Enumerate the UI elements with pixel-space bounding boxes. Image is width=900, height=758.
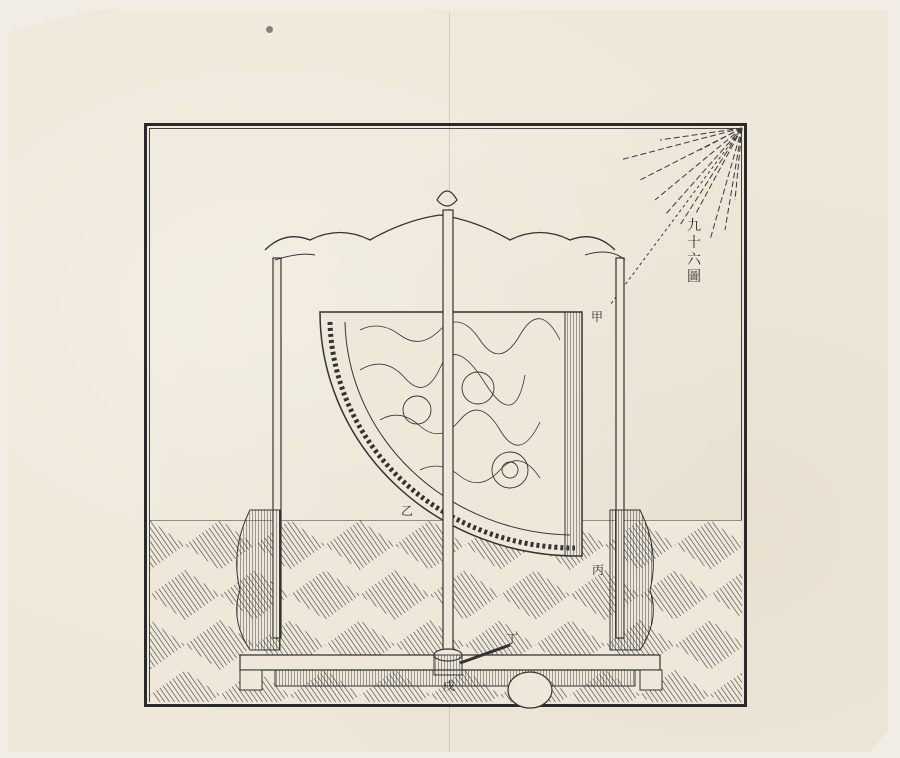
sun-rays [610,128,742,305]
label-jia: 甲 [591,311,603,323]
title-char-2: 十 [686,235,702,252]
woodblock-illustration [0,0,900,758]
label-bing: 丙 [592,564,604,576]
label-ding: 丁 [506,633,518,645]
title-char-3: 六 [686,252,702,269]
title-char-1: 九 [686,218,702,235]
title-char-4: 圖 [686,269,702,286]
label-wu: 戊 [443,680,455,692]
figure-title: 九 十 六 圖 [686,218,702,286]
label-yi: 乙 [401,505,413,517]
